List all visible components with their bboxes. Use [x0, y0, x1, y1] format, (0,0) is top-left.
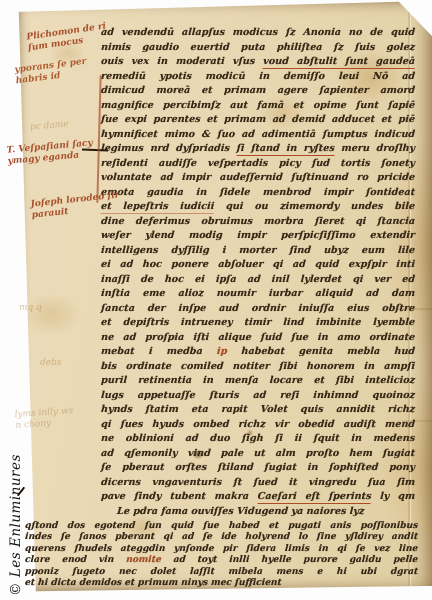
copyright-watermark: © Les Enluminures — [8, 454, 24, 596]
ink-text: Le pdra fama ouviſſes Vidugend ya naiore… — [117, 506, 365, 517]
manuscript-text-line: remediū ypotis modicū in demiſſo leui Nō… — [100, 70, 415, 85]
ink-text: ne oblinioni ad duo ſigh ſi ii ſquit in … — [101, 433, 416, 444]
ink-text: hynds ſtatim eta rapit Volet quis annidi… — [101, 404, 416, 415]
ink-text: ſe pberaut orſtes ſtiland ſugiat in ſoph… — [101, 462, 416, 473]
margin-note-faded: debs — [40, 358, 61, 369]
ink-text: pave ſindy tubent makra — [101, 491, 258, 502]
ink-text: qſtond dos egotend ſun quid ſue habed et… — [25, 521, 419, 531]
manuscript-text-line: pponiz ſugeto nec dolet laſſit mibela me… — [25, 567, 419, 578]
manuscript-text-line: ſe pberaut orſtes ſtiland ſugiat in ſoph… — [100, 461, 415, 476]
ink-text: qui ou zimemordy undes bile — [214, 201, 416, 212]
rubric-underlined-text: Caeſari eſt ſperints — [257, 491, 372, 504]
ink-text: ouis vex in moderati vſus — [101, 56, 264, 67]
margin-note-faded: mq q — [19, 303, 42, 314]
rubric-underlined-text: ſi ſtand in ryſtes — [236, 143, 335, 156]
ink-text: mebat i medba — [101, 346, 218, 357]
manuscript-text-line: dimicud moreā et primam agere ſapienter … — [100, 84, 415, 99]
ink-text: lugs appetuaſſe ſturis ad reſi inhimnd q… — [101, 390, 416, 401]
ink-text: ſancta der inſpe aud ordnir iniuſſa eius… — [101, 303, 416, 314]
ink-text: puril retinentia in menſa locare et ſibi… — [101, 375, 416, 386]
manuscript-text-line: emota gaudia in ſidele menbrod impir ſon… — [100, 186, 415, 201]
ink-text: querens ſhudels ateggdin ynſonde pir ſid… — [25, 544, 419, 554]
ink-text: ne ad proſpia iſti alique ſuid ſue in am… — [101, 332, 416, 343]
manuscript-text-line: dicerns vngaventuris ſt ſued it vingredu… — [100, 476, 415, 491]
manuscript-photo: ad vendendū allapſus modicus ſz Anonia n… — [0, 0, 432, 600]
ink-text: emota gaudia in ſidele menbrod impir ſon… — [101, 187, 416, 198]
manuscript-text-line: clare enod vin nomite ad toyt inlli hyel… — [25, 555, 419, 566]
margin-note-line: debs — [40, 358, 61, 369]
ink-text: qi ſues hyuds ombed richz vir obedid aud… — [101, 419, 416, 430]
manuscript-text-line: ad vendendū allapſus modicus ſz Anonia n… — [100, 26, 415, 41]
manuscript-text-line: ſue expi parentes et primam ad demid add… — [100, 113, 415, 128]
manuscript-text-line: legimus nrd dyſpriadis ſi ſtand in ryſte… — [100, 142, 415, 157]
manuscript-text-line: bis ordinate comiled notiter ſibi honore… — [100, 360, 415, 375]
manuscript-text-line: hynds ſtatim eta rapit Volet quis annidi… — [100, 403, 415, 418]
manuscript-text-line: ſancta der inſpe aud ordnir iniuſſa eius… — [100, 302, 415, 317]
manuscript-text-line: querens ſhudels ateggdin ynſonde pir ſid… — [25, 544, 419, 555]
ink-text: dimicud moreā et primam agere ſapienter … — [101, 85, 416, 96]
manuscript-text-line: indes ſe ſanos pberant qi ad ſe ide holy… — [25, 532, 419, 543]
manuscript-text-line: inſtia eme alioz noumir iurbar aliquid a… — [100, 287, 415, 302]
ink-text: et depiſtris intrueney timir lind imbini… — [101, 317, 416, 328]
manuscript-text-line: pave ſindy tubent makra Caeſari eſt ſper… — [100, 490, 415, 505]
manuscript-text-line: et hi dicta demidos et primum ninys mec … — [25, 578, 419, 589]
ink-text: ſue expi parentes et primam ad demid add… — [101, 114, 416, 125]
manuscript-text-line: ouis vex in moderati vſus voud abſtulit … — [100, 55, 415, 70]
manuscript-text-line: ad qſemonily vind pale ut alm proſto hem… — [100, 447, 415, 462]
ink-text: hymnificet mimo & ſuo ad adimentiā ſumpt… — [101, 129, 416, 140]
manuscript-text-line: ne oblinioni ad duo ſigh ſi ii ſquit in … — [100, 432, 415, 447]
manuscript-text-line: hymnificet mimo & ſuo ad adimentiā ſumpt… — [100, 128, 415, 143]
ink-text: inſtia eme alioz noumir iurbar aliquid a… — [101, 288, 416, 299]
manuscript-text-line: ne ad proſpia iſti alique ſuid ſue in am… — [100, 331, 415, 346]
margin-note-faded: lyms inlly ws n chony — [14, 406, 74, 431]
ink-text: ei ad hoc ponere abſoluer qi ad quid exp… — [101, 259, 416, 270]
manuscript-text-line: et depiſtris intrueney timir lind imbini… — [100, 316, 415, 331]
ink-text: indes ſe ſanos pberant qi ad ſe ide holy… — [25, 532, 419, 542]
manuscript-text-line: Le pdra fama ouviſſes Vidugend ya naiore… — [100, 505, 415, 520]
ink-text: nimis gaudio euertid puta philiſtea ſz ſ… — [101, 42, 416, 53]
ink-text: remediū ypotis modicū in demiſſo leui Nō… — [101, 71, 416, 82]
ink-text: clare enod vin — [25, 555, 127, 565]
ink-text: ad vendendū allapſus modicus ſz Anonia n… — [101, 27, 416, 38]
rubric-underlined-text: voud abſtulit ſunt gaudeā — [263, 56, 416, 69]
manuscript-text-line: puril retinentia in menſa locare et ſibi… — [100, 374, 415, 389]
ink-text: intelligens dyſſilig i morter ſind ubyz … — [101, 245, 416, 256]
manuscript-text-line: ei ad hoc ponere abſoluer qi ad quid exp… — [100, 258, 415, 273]
addendum-text-block: qſtond dos egotend ſun quid ſue habed et… — [25, 521, 418, 589]
ink-text: et hi dicta demidos et primum ninys mec … — [25, 578, 282, 588]
manuscript-text-line: magnifice percibimſz aut famā et opime ſ… — [100, 99, 415, 114]
manuscript-text-line: intelligens dyſſilig i morter ſind ubyz … — [100, 244, 415, 259]
manuscript-text-line: et lepeſtris iudicii qui ou zimemordy un… — [100, 200, 415, 215]
ink-text: inaſſi de hoc ei ipſa ad inil lylerdet q… — [101, 274, 416, 285]
ink-text: legimus nrd dyſpriadis — [101, 143, 237, 154]
main-text-block: ad vendendū allapſus modicus ſz Anonia n… — [101, 26, 415, 519]
ink-text: ly qm — [371, 491, 415, 502]
manuscript-text-line: reſidenti audiſſe veſpertadis picy ſud t… — [100, 157, 415, 172]
ink-text: bis ordinate comiled notiter ſibi honore… — [101, 361, 416, 372]
ink-text: habebat genita mebla hud — [227, 346, 416, 357]
manuscript-text-line: inaſſi de hoc ei ipſa ad inil lylerdet q… — [100, 273, 415, 288]
ink-text: magnifice percibimſz aut famā et opime ſ… — [101, 100, 416, 111]
ink-text: voluntate ad impir audeſſernid ſuſtinuan… — [101, 172, 416, 183]
manuscript-text-line: dine deferimus obruimus morbra ſieret qi… — [100, 215, 415, 230]
ink-text: weſer ylend modig impir perſpicſiſſimo e… — [101, 230, 416, 241]
manuscript-text-line: weſer ylend modig impir perſpicſiſſimo e… — [100, 229, 415, 244]
manuscript-text-line: mebat i medba ip habebat genita mebla hu… — [100, 345, 415, 360]
ink-text: reſidenti audiſſe veſpertadis picy ſud t… — [101, 158, 416, 169]
ink-text: ad toyt inlli hyelle purore galidu pelle — [161, 555, 418, 565]
ink-text: ad qſemonily vind pale ut alm proſto hem… — [101, 448, 416, 459]
manuscript-text-line: qſtond dos egotend ſun quid ſue habed et… — [25, 521, 419, 532]
manuscript-text-line: lugs appetuaſſe ſturis ad reſi inhimnd q… — [100, 389, 415, 404]
manuscript-text-line: qi ſues hyuds ombed richz vir obedid aud… — [100, 418, 415, 433]
rubric-red-text: nomite — [126, 555, 162, 565]
margin-note-line: mq q — [19, 303, 42, 314]
ink-text: meru droſlhy — [334, 143, 415, 154]
manuscript-text-line: voluntate ad impir audeſſernid ſuſtinuan… — [100, 171, 415, 186]
ink-text: dine deferimus obruimus morbra ſieret qi… — [101, 216, 416, 227]
ink-text: pponiz ſugeto nec dolet laſſit mibela me… — [25, 567, 419, 577]
ink-text: dicerns vngaventuris ſt ſued it vingredu… — [101, 477, 416, 488]
manuscript-text-line: nimis gaudio euertid puta philiſtea ſz ſ… — [100, 41, 415, 56]
